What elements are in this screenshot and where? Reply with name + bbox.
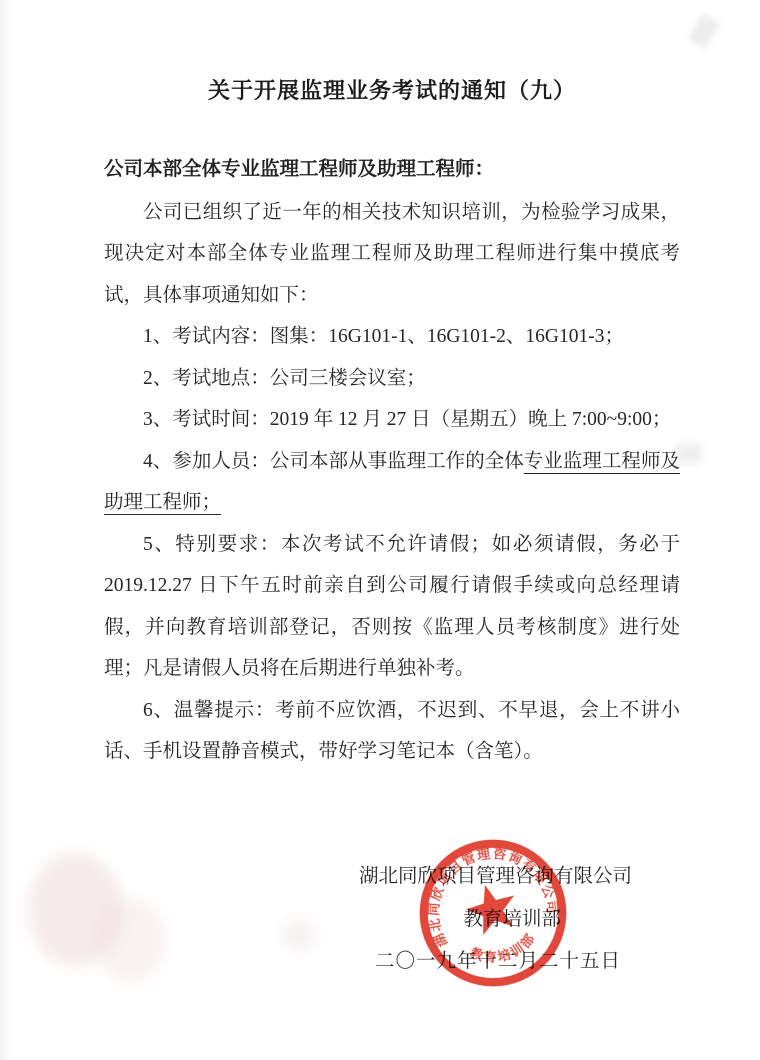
scanned-notice-page: 关于开展监理业务考试的通知（九） 公司本部全体专业监理工程师及助理工程师： 公司…: [0, 0, 760, 1060]
scan-artifact: [676, 444, 702, 464]
notice-item-1: 1、考试内容：图集：16G101-1、16G101-2、16G101-3；: [104, 316, 680, 358]
ink-smudge: [28, 852, 123, 967]
seal-bottom-text: 教育培训部: [464, 926, 542, 972]
star-icon: [461, 878, 522, 938]
page-title: 关于开展监理业务考试的通知（九）: [104, 74, 680, 105]
notice-item-3: 3、考试时间：2019 年 12 月 27 日（星期五）晚上 7:00~9:00…: [104, 399, 680, 441]
scan-artifact: [688, 13, 720, 49]
intro-paragraph: 公司已组织了近一年的相关技术知识培训，为检验学习成果，现决定对本部全体专业监理工…: [104, 192, 680, 317]
document-body: 关于开展监理业务考试的通知（九） 公司本部全体专业监理工程师及助理工程师： 公司…: [104, 0, 680, 773]
ink-smudge: [96, 898, 166, 983]
company-seal: 湖北同欣项目管理咨询有限公司 教育培训部: [397, 817, 590, 1010]
notice-item-4-prefix: 4、参加人员：公司本部从事监理工作的全体: [143, 451, 524, 472]
notice-item-5: 5、特别要求：本次考试不允许请假；如必须请假，务必于 2019.12.27 日下…: [104, 524, 680, 690]
notice-item-6: 6、温馨提示：考前不应饮酒，不迟到、不早退，会上不讲小话、手机设置静音模式，带好…: [104, 690, 680, 773]
ink-smudge: [282, 918, 316, 952]
notice-item-2: 2、考试地点：公司三楼会议室；: [104, 358, 680, 400]
notice-item-4: 4、参加人员：公司本部从事监理工作的全体专业监理工程师及助理工程师；: [104, 441, 680, 524]
salutation: 公司本部全体专业监理工程师及助理工程师：: [104, 149, 680, 191]
